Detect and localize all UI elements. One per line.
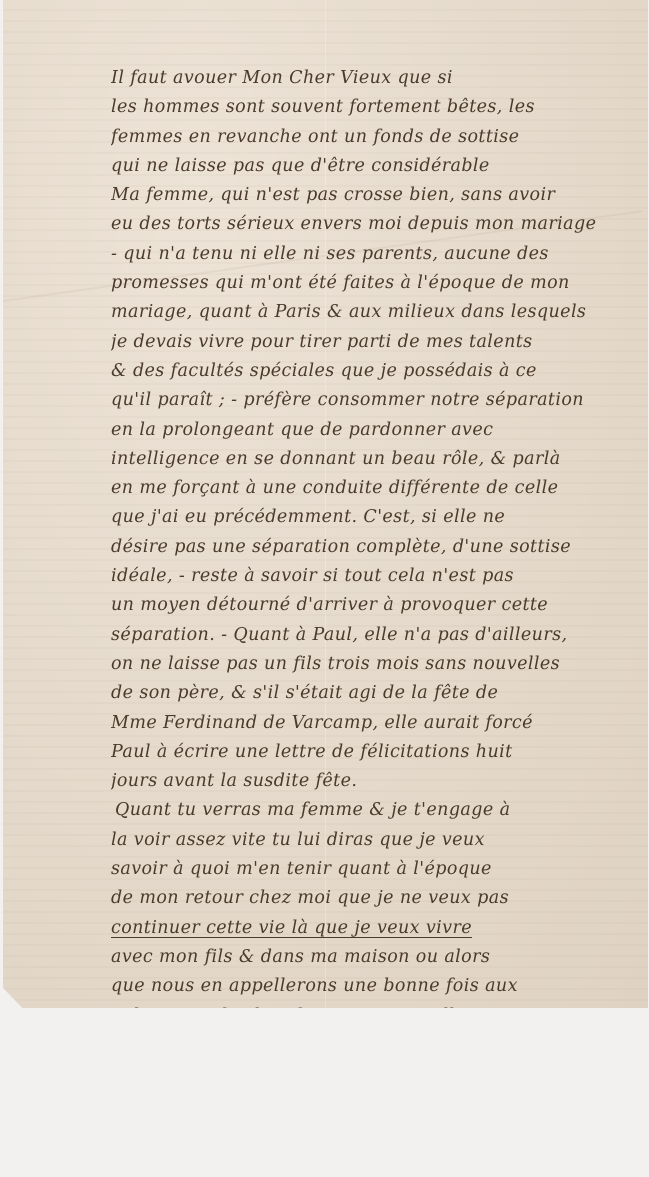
letter-line: les hommes sont souvent fortement bêtes,…	[111, 93, 631, 122]
letter-line: continuer cette vie là que je veux vivre	[111, 914, 631, 943]
handwritten-letter-body: Il faut avouer Mon Cher Vieux que si les…	[111, 64, 631, 1014]
letter-line: eu des torts sérieux envers moi depuis m…	[111, 210, 631, 239]
letter-line: Mme Ferdinand de Varcamp, elle aurait fo…	[111, 709, 631, 738]
letter-line: femmes en revanche ont un fonds de sotti…	[111, 123, 631, 152]
letter-line: séparation. - Quant à Paul, elle n'a pas…	[111, 621, 631, 650]
letter-line: Quant tu verras ma femme & je t'engage à	[111, 796, 631, 825]
letter-line: - qui n'a tenu ni elle ni ses parents, a…	[111, 240, 631, 269]
letter-line: intelligence en se donnant un beau rôle,…	[111, 445, 631, 474]
letter-page: Il faut avouer Mon Cher Vieux que si les…	[3, 0, 648, 1008]
letter-line: savoir à quoi m'en tenir quant à l'époqu…	[111, 855, 631, 884]
letter-line: en me forçant à une conduite différente …	[111, 474, 631, 503]
letter-line: mariage, quant à Paris & aux milieux dan…	[111, 298, 631, 327]
letter-line: & des facultés spéciales que je possédai…	[111, 357, 631, 386]
letter-line: la voir assez vite tu lui diras que je v…	[111, 826, 631, 855]
letter-line: Ma femme, qui n'est pas crosse bien, san…	[111, 181, 631, 210]
letter-line: en la prolongeant que de pardonner avec	[111, 416, 631, 445]
letter-line: idéale, - reste à savoir si tout cela n'…	[111, 562, 631, 591]
letter-line: désire pas une séparation complète, d'un…	[111, 533, 631, 562]
letter-line: un moyen détourné d'arriver à provoquer …	[111, 591, 631, 620]
letter-line: avec mon fils & dans ma maison ou alors	[111, 943, 631, 972]
letter-line: de mon retour chez moi que je ne veux pa…	[111, 884, 631, 913]
letter-line: promesses qui m'ont été faites à l'époqu…	[111, 269, 631, 298]
letter-line: de son père, & s'il s'était agi de la fê…	[111, 679, 631, 708]
letter-line: on ne laisse pas un fils trois mois sans…	[111, 650, 631, 679]
letter-line: que j'ai eu précédemment. C'est, si elle…	[111, 503, 631, 532]
letter-line: je devais vivre pour tirer parti de mes …	[111, 328, 631, 357]
letter-line: qui ne laisse pas que d'être considérabl…	[111, 152, 631, 181]
letter-line: qu'il paraît ; - préfère consommer notre…	[111, 386, 631, 415]
letter-line: jours avant la susdite fête.	[111, 767, 631, 796]
letter-line: tribunaux afin d'en finir, & puisqu'elle	[111, 1002, 631, 1015]
letter-line: Paul à écrire une lettre de félicitation…	[111, 738, 631, 767]
letter-line: Il faut avouer Mon Cher Vieux que si	[111, 64, 631, 93]
letter-line: que nous en appellerons une bonne fois a…	[111, 972, 631, 1001]
